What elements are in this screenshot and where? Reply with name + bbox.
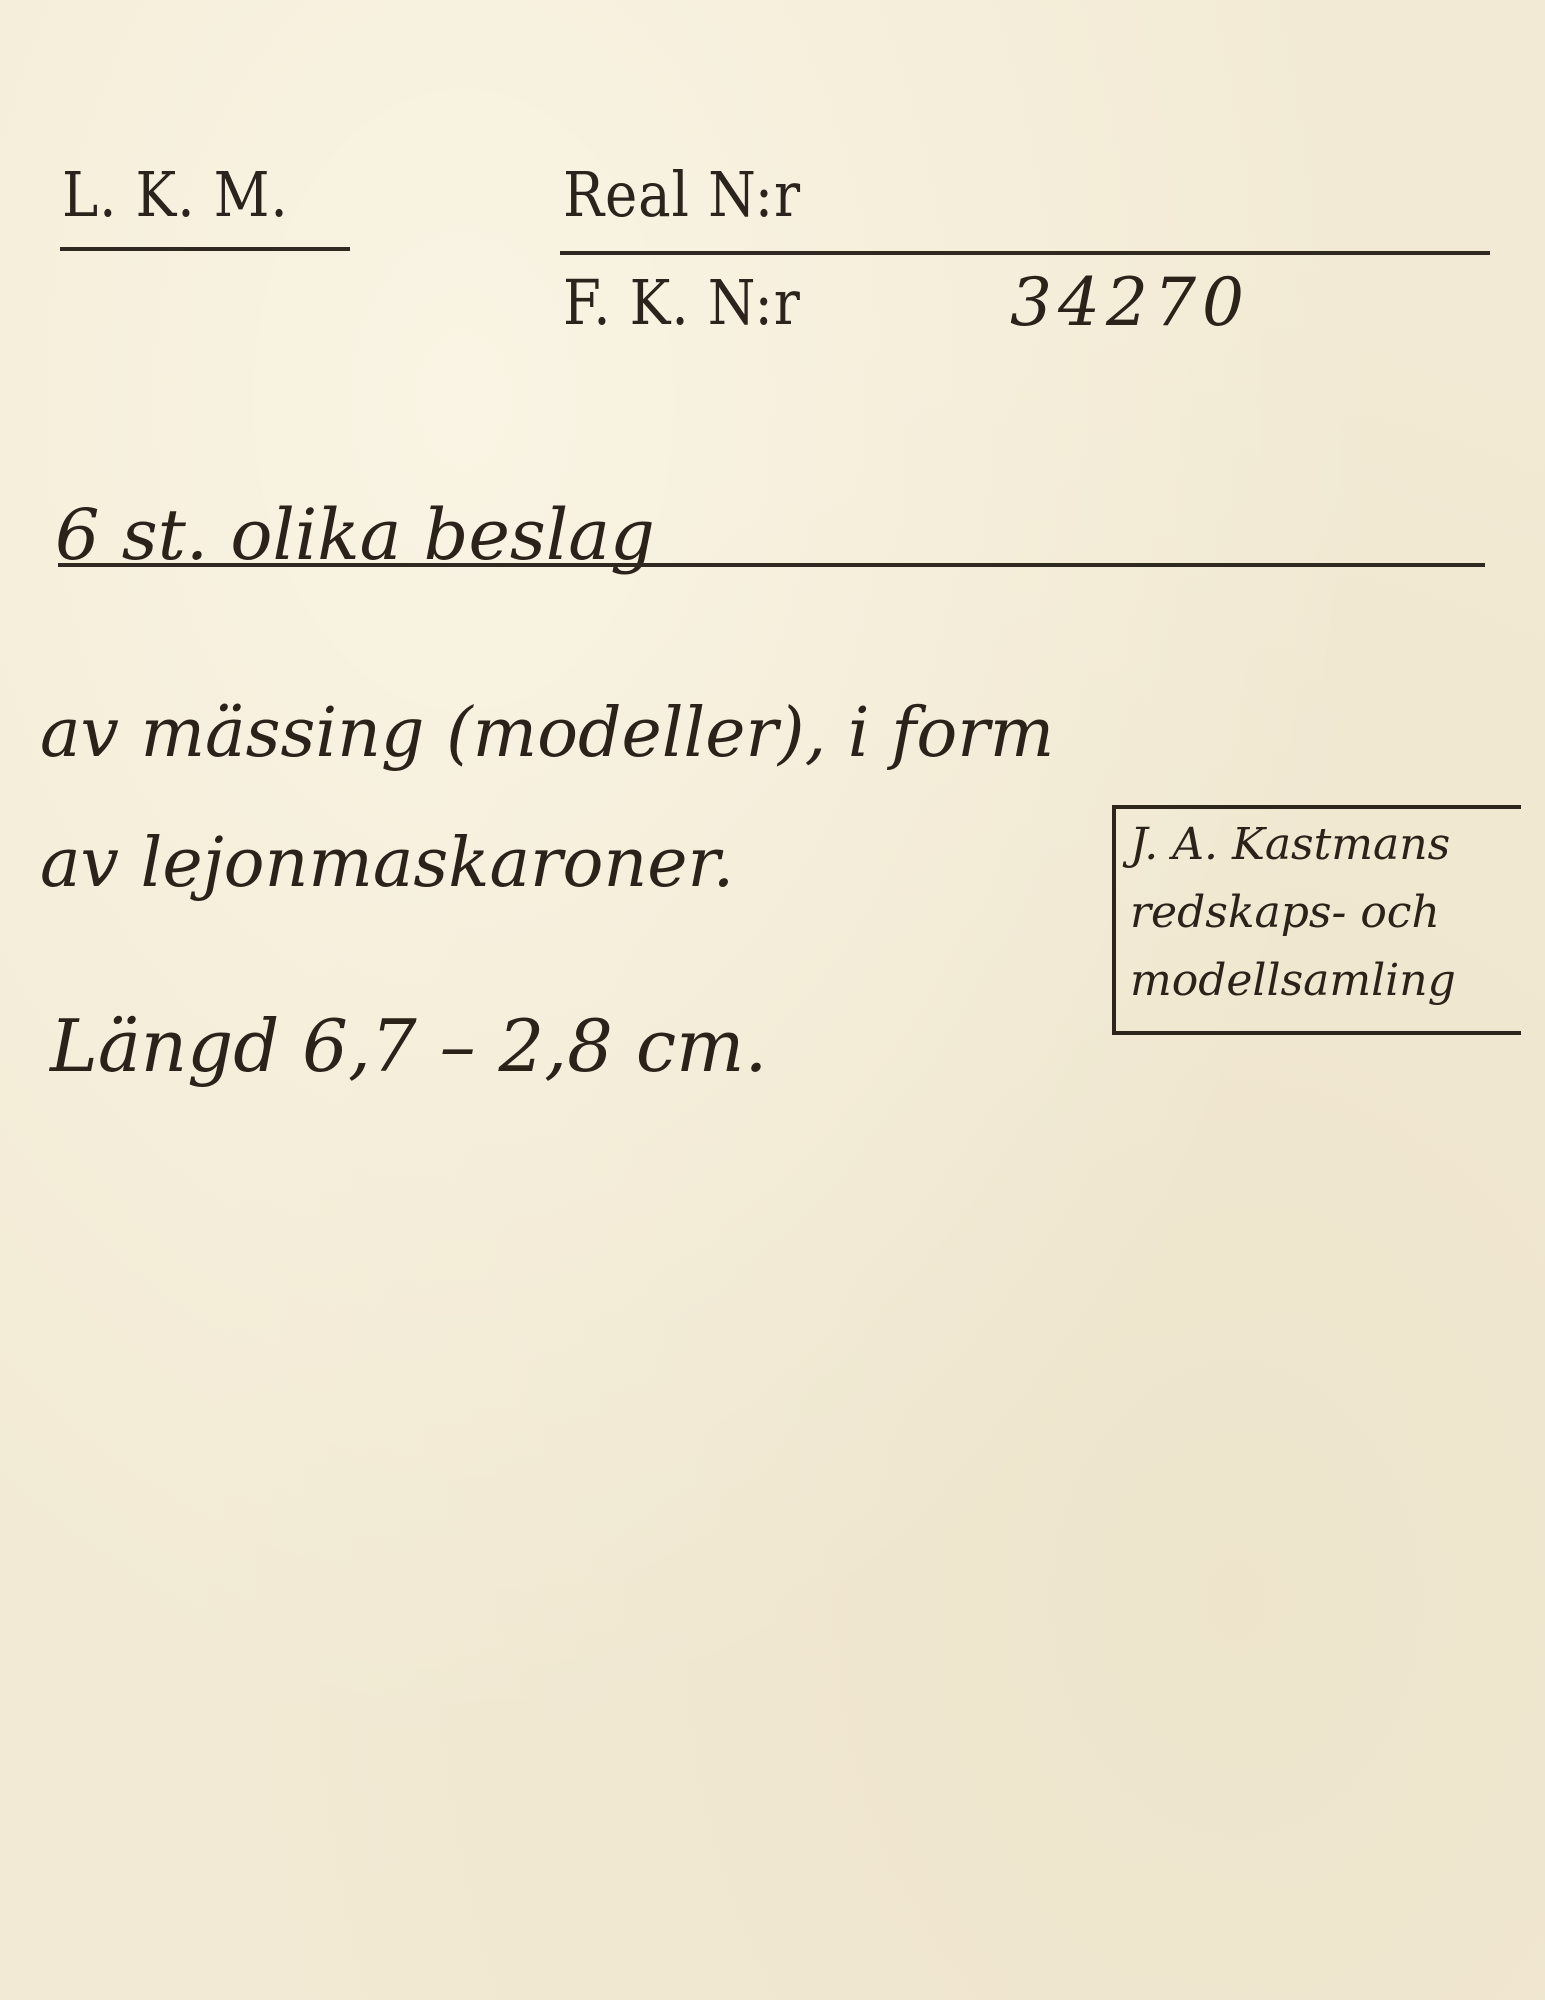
- real-nr-label: Real N:r: [563, 164, 801, 226]
- real-nr-rule: [560, 251, 1490, 255]
- length-measure: Längd 6,7 – 2,8 cm.: [50, 1010, 767, 1082]
- fk-nr-label: F. K. N:r: [563, 272, 801, 334]
- description-line-1: av mässing (modeller), i form: [40, 700, 1054, 768]
- collection-line-2: redskaps- och: [1130, 891, 1440, 935]
- collection-box: J. A. Kastmans redskaps- och modellsamli…: [1112, 805, 1521, 1035]
- catalog-card: L. K. M. Real N:r F. K. N:r 34270 6 st. …: [0, 0, 1545, 2000]
- collection-line-1: J. A. Kastmans: [1130, 823, 1450, 867]
- fk-nr-value: 34270: [1010, 270, 1250, 336]
- title-rule: [58, 563, 1485, 567]
- description-line-2: av lejonmaskaroner.: [40, 830, 734, 898]
- collection-line-3: modellsamling: [1130, 959, 1456, 1003]
- museum-label: L. K. M.: [62, 164, 289, 226]
- object-title: 6 st. olika beslag: [55, 500, 655, 570]
- museum-label-underline: [60, 247, 350, 251]
